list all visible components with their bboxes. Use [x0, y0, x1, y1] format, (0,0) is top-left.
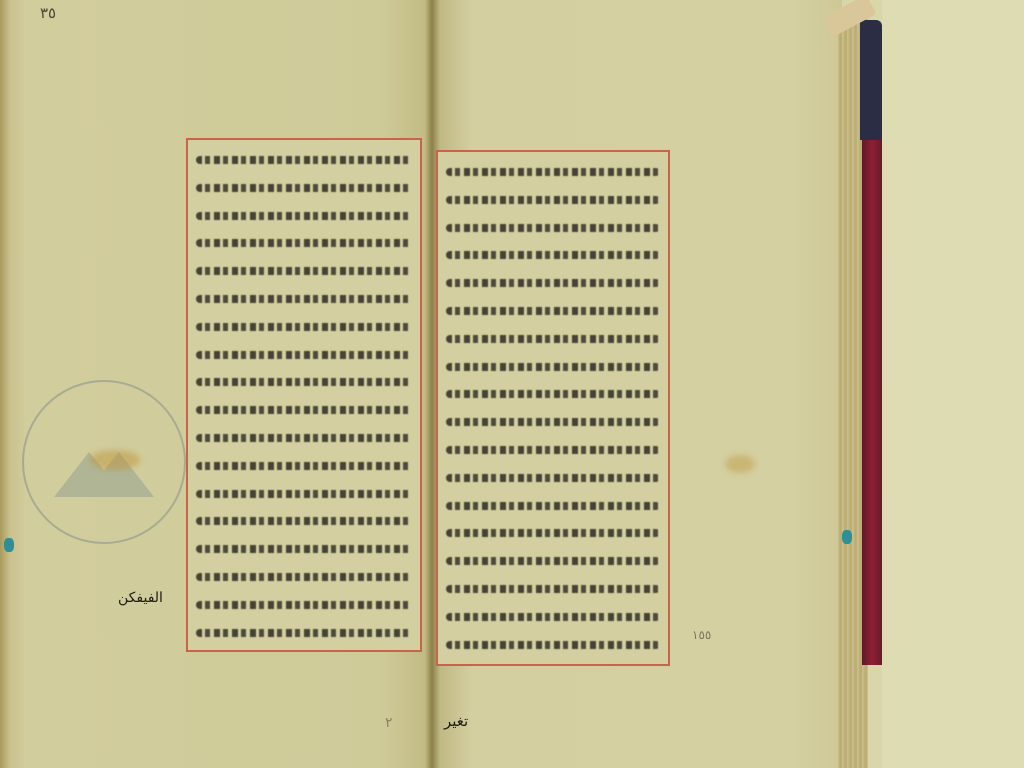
text-line — [196, 317, 412, 337]
background-wall — [882, 0, 1024, 768]
cover-spine-red — [862, 140, 882, 665]
text-line — [446, 440, 660, 460]
text-line — [446, 162, 660, 182]
text-line — [446, 607, 660, 627]
text-line — [446, 496, 660, 516]
text-line — [196, 233, 412, 253]
faded-mark: ٢ — [385, 715, 393, 731]
text-line — [446, 218, 660, 238]
text-line — [196, 484, 412, 504]
text-line — [196, 150, 412, 170]
text-line — [196, 595, 412, 615]
text-line — [196, 400, 412, 420]
text-line — [196, 206, 412, 226]
text-line — [196, 428, 412, 448]
text-block-left — [186, 138, 422, 652]
text-line — [446, 384, 660, 404]
text-line — [446, 635, 660, 655]
text-line — [446, 301, 660, 321]
text-line — [446, 551, 660, 571]
text-line — [196, 567, 412, 587]
text-line — [446, 523, 660, 543]
text-line — [446, 468, 660, 488]
teal-mark — [842, 530, 852, 544]
text-line — [446, 579, 660, 599]
margin-note: الفيفكن — [118, 590, 163, 606]
text-line — [196, 289, 412, 309]
stain — [725, 455, 755, 473]
catchword: تغير — [444, 712, 468, 730]
text-line — [446, 329, 660, 349]
text-line — [446, 357, 660, 377]
folio-number: ٣٥ — [40, 4, 56, 22]
stain — [90, 450, 140, 470]
text-line — [196, 456, 412, 476]
text-block-right — [436, 150, 670, 666]
teal-mark — [4, 538, 14, 552]
text-line — [196, 261, 412, 281]
text-line — [196, 511, 412, 531]
text-line — [446, 245, 660, 265]
text-line — [196, 345, 412, 365]
text-line — [446, 412, 660, 432]
text-line — [196, 178, 412, 198]
text-line — [196, 372, 412, 392]
cover-spine-blue — [860, 20, 882, 140]
text-line — [196, 539, 412, 559]
text-line — [446, 273, 660, 293]
margin-note: ١٥٥ — [692, 628, 711, 642]
text-line — [446, 190, 660, 210]
text-line — [196, 623, 412, 643]
